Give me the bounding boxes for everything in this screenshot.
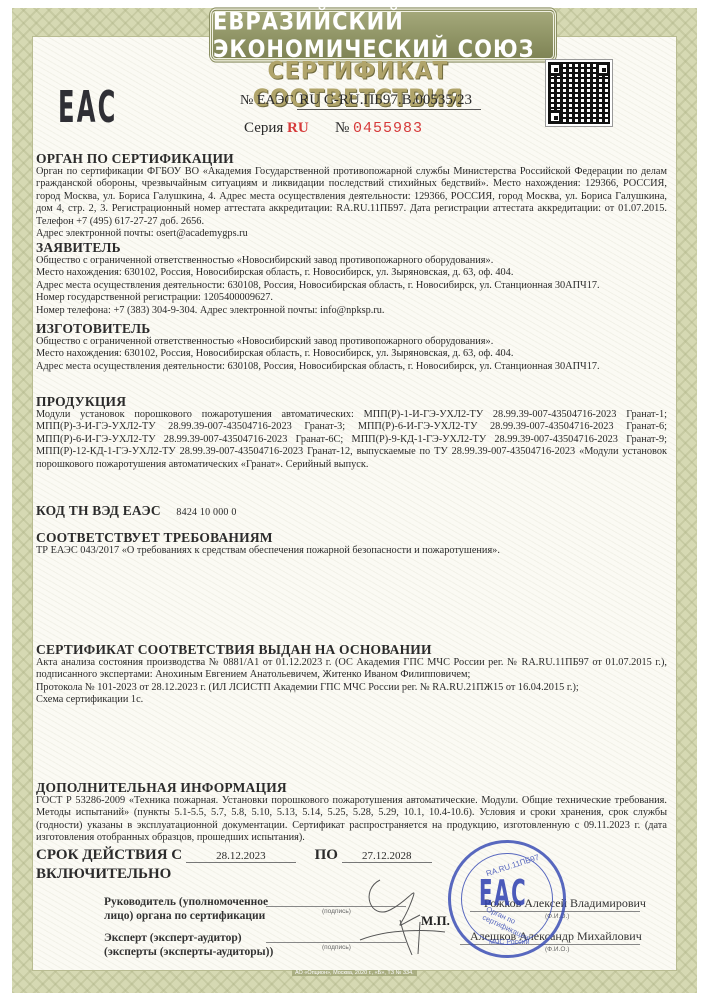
qr-finder xyxy=(548,110,562,124)
expert-signature-label: Эксперт (эксперт-аудитор) (эксперты (экс… xyxy=(104,931,273,959)
section-heading: ДОПОЛНИТЕЛЬНАЯ ИНФОРМАЦИЯ xyxy=(36,781,667,795)
certificate-number: № ЕАЭС RU C-RU.ПБ97.В.00535/23 xyxy=(240,92,481,110)
certification-stamp: RA.RU.11ПБ97 ЕАС Орган по сертификации М… xyxy=(448,840,566,958)
printer-note: АО «Опцион», Москва, 2020 г., «Б», ТЗ № … xyxy=(292,970,417,976)
basis-line: Акта анализа состояния производства № 08… xyxy=(36,657,667,682)
applicant-line: Номер государственной регистрации: 12054… xyxy=(36,292,667,304)
applicant-line: Место нахождения: 630102, Россия, Новоси… xyxy=(36,267,667,279)
applicant-line: Общество с ограниченной ответственностью… xyxy=(36,255,667,267)
certificate-series: Серия RU № 0455983 xyxy=(244,120,423,137)
head-signature-label: Руководитель (уполномоченное лицо) орган… xyxy=(104,895,268,923)
union-banner: ЕВРАЗИЙСКИЙ ЭКОНОМИЧЕСКИЙ СОЮЗ xyxy=(210,9,556,62)
section-heading: СЕРТИФИКАТ СООТВЕТСТВИЯ ВЫДАН НА ОСНОВАН… xyxy=(36,643,667,657)
basis-line: Схема сертификации 1с. xyxy=(36,694,667,706)
head-signature-caption: (подпись) xyxy=(322,908,351,915)
section-applicant: ЗАЯВИТЕЛЬ Общество с ограниченной ответс… xyxy=(36,241,667,317)
additional-info-text: ГОСТ Р 53286-2009 «Техника пожарная. Уст… xyxy=(36,795,667,845)
validity-row: СРОК ДЕЙСТВИЯ С 28.12.2023 ПО 27.12.2028 xyxy=(36,847,432,864)
hs-code-row: КОД ТН ВЭД ЕАЭС 8424 10 000 0 xyxy=(36,504,667,520)
section-hs-code: КОД ТН ВЭД ЕАЭС 8424 10 000 0 xyxy=(36,504,667,520)
stamp-bottom-text: МЧС России xyxy=(489,939,530,946)
expert-signature-caption: (подпись) xyxy=(322,944,351,951)
eac-logo-icon: ЕАС xyxy=(58,82,118,133)
section-heading: ОРГАН ПО СЕРТИФИКАЦИИ xyxy=(36,152,667,166)
qr-finder xyxy=(596,62,610,76)
section-heading: ИЗГОТОВИТЕЛЬ xyxy=(36,322,667,336)
section-heading: ЗАЯВИТЕЛЬ xyxy=(36,241,667,255)
head-label-line: лицо) органа по сертификации xyxy=(104,909,268,923)
qr-finder xyxy=(548,62,562,76)
requirements-text: ТР ЕАЭС 043/2017 «О требованиях к средст… xyxy=(36,545,667,557)
series-value: RU xyxy=(287,120,309,136)
certificate-number-label: № ЕАЭС xyxy=(240,93,294,108)
basis-line: Протокола № 101-2023 от 28.12.2023 г. (И… xyxy=(36,682,667,694)
validity-inclusive: ВКЛЮЧИТЕЛЬНО xyxy=(36,866,171,883)
validity-from-label: СРОК ДЕЙСТВИЯ С xyxy=(36,847,182,863)
certificate-number-value: RU C-RU.ПБ97.В.00535/23 xyxy=(297,92,481,110)
head-label-line: Руководитель (уполномоченное xyxy=(104,895,268,909)
qr-code-icon xyxy=(546,60,612,126)
manufacturer-line: Адрес места осуществления деятельности: … xyxy=(36,361,667,373)
section-certification-body: ОРГАН ПО СЕРТИФИКАЦИИ Орган по сертифика… xyxy=(36,152,667,240)
section-heading: ПРОДУКЦИЯ xyxy=(36,395,667,409)
validity-to-value: 27.12.2028 xyxy=(342,850,432,863)
expert-label-line: Эксперт (эксперт-аудитор) xyxy=(104,931,273,945)
expert-label-line: (эксперты (эксперты-аудиторы)) xyxy=(104,945,273,959)
manufacturer-line: Место нахождения: 630102, Россия, Новоси… xyxy=(36,348,667,360)
series-label: Серия xyxy=(244,120,283,136)
section-additional-info: ДОПОЛНИТЕЛЬНАЯ ИНФОРМАЦИЯ ГОСТ Р 53286-2… xyxy=(36,781,667,845)
validity-from-value: 28.12.2023 xyxy=(186,850,296,863)
validity-to-label: ПО xyxy=(315,847,338,863)
section-basis: СЕРТИФИКАТ СООТВЕТСТВИЯ ВЫДАН НА ОСНОВАН… xyxy=(36,643,667,707)
seal-label: М.П. xyxy=(421,913,450,929)
serial-value: 0455983 xyxy=(353,120,423,137)
applicant-line: Номер телефона: +7 (383) 304-9-304. Адре… xyxy=(36,305,667,317)
hs-code-label: КОД ТН ВЭД ЕАЭС xyxy=(36,503,161,518)
section-heading: СООТВЕТСТВУЕТ ТРЕБОВАНИЯМ xyxy=(36,531,667,545)
products-text: Модули установок порошкового пожаротушен… xyxy=(36,409,667,471)
serial-label: № xyxy=(335,120,349,136)
section-manufacturer: ИЗГОТОВИТЕЛЬ Общество с ограниченной отв… xyxy=(36,322,667,373)
section-products: ПРОДУКЦИЯ Модули установок порошкового п… xyxy=(36,395,667,471)
certification-body-email: Адрес электронной почты: osert@academygp… xyxy=(36,228,667,240)
hs-code-value: 8424 10 000 0 xyxy=(176,507,236,518)
manufacturer-line: Общество с ограниченной ответственностью… xyxy=(36,336,667,348)
certification-body-text: Орган по сертификации ФГБОУ ВО «Академия… xyxy=(36,166,667,228)
applicant-line: Адрес места осуществления деятельности: … xyxy=(36,280,667,292)
section-requirements: СООТВЕТСТВУЕТ ТРЕБОВАНИЯМ ТР ЕАЭС 043/20… xyxy=(36,531,667,557)
